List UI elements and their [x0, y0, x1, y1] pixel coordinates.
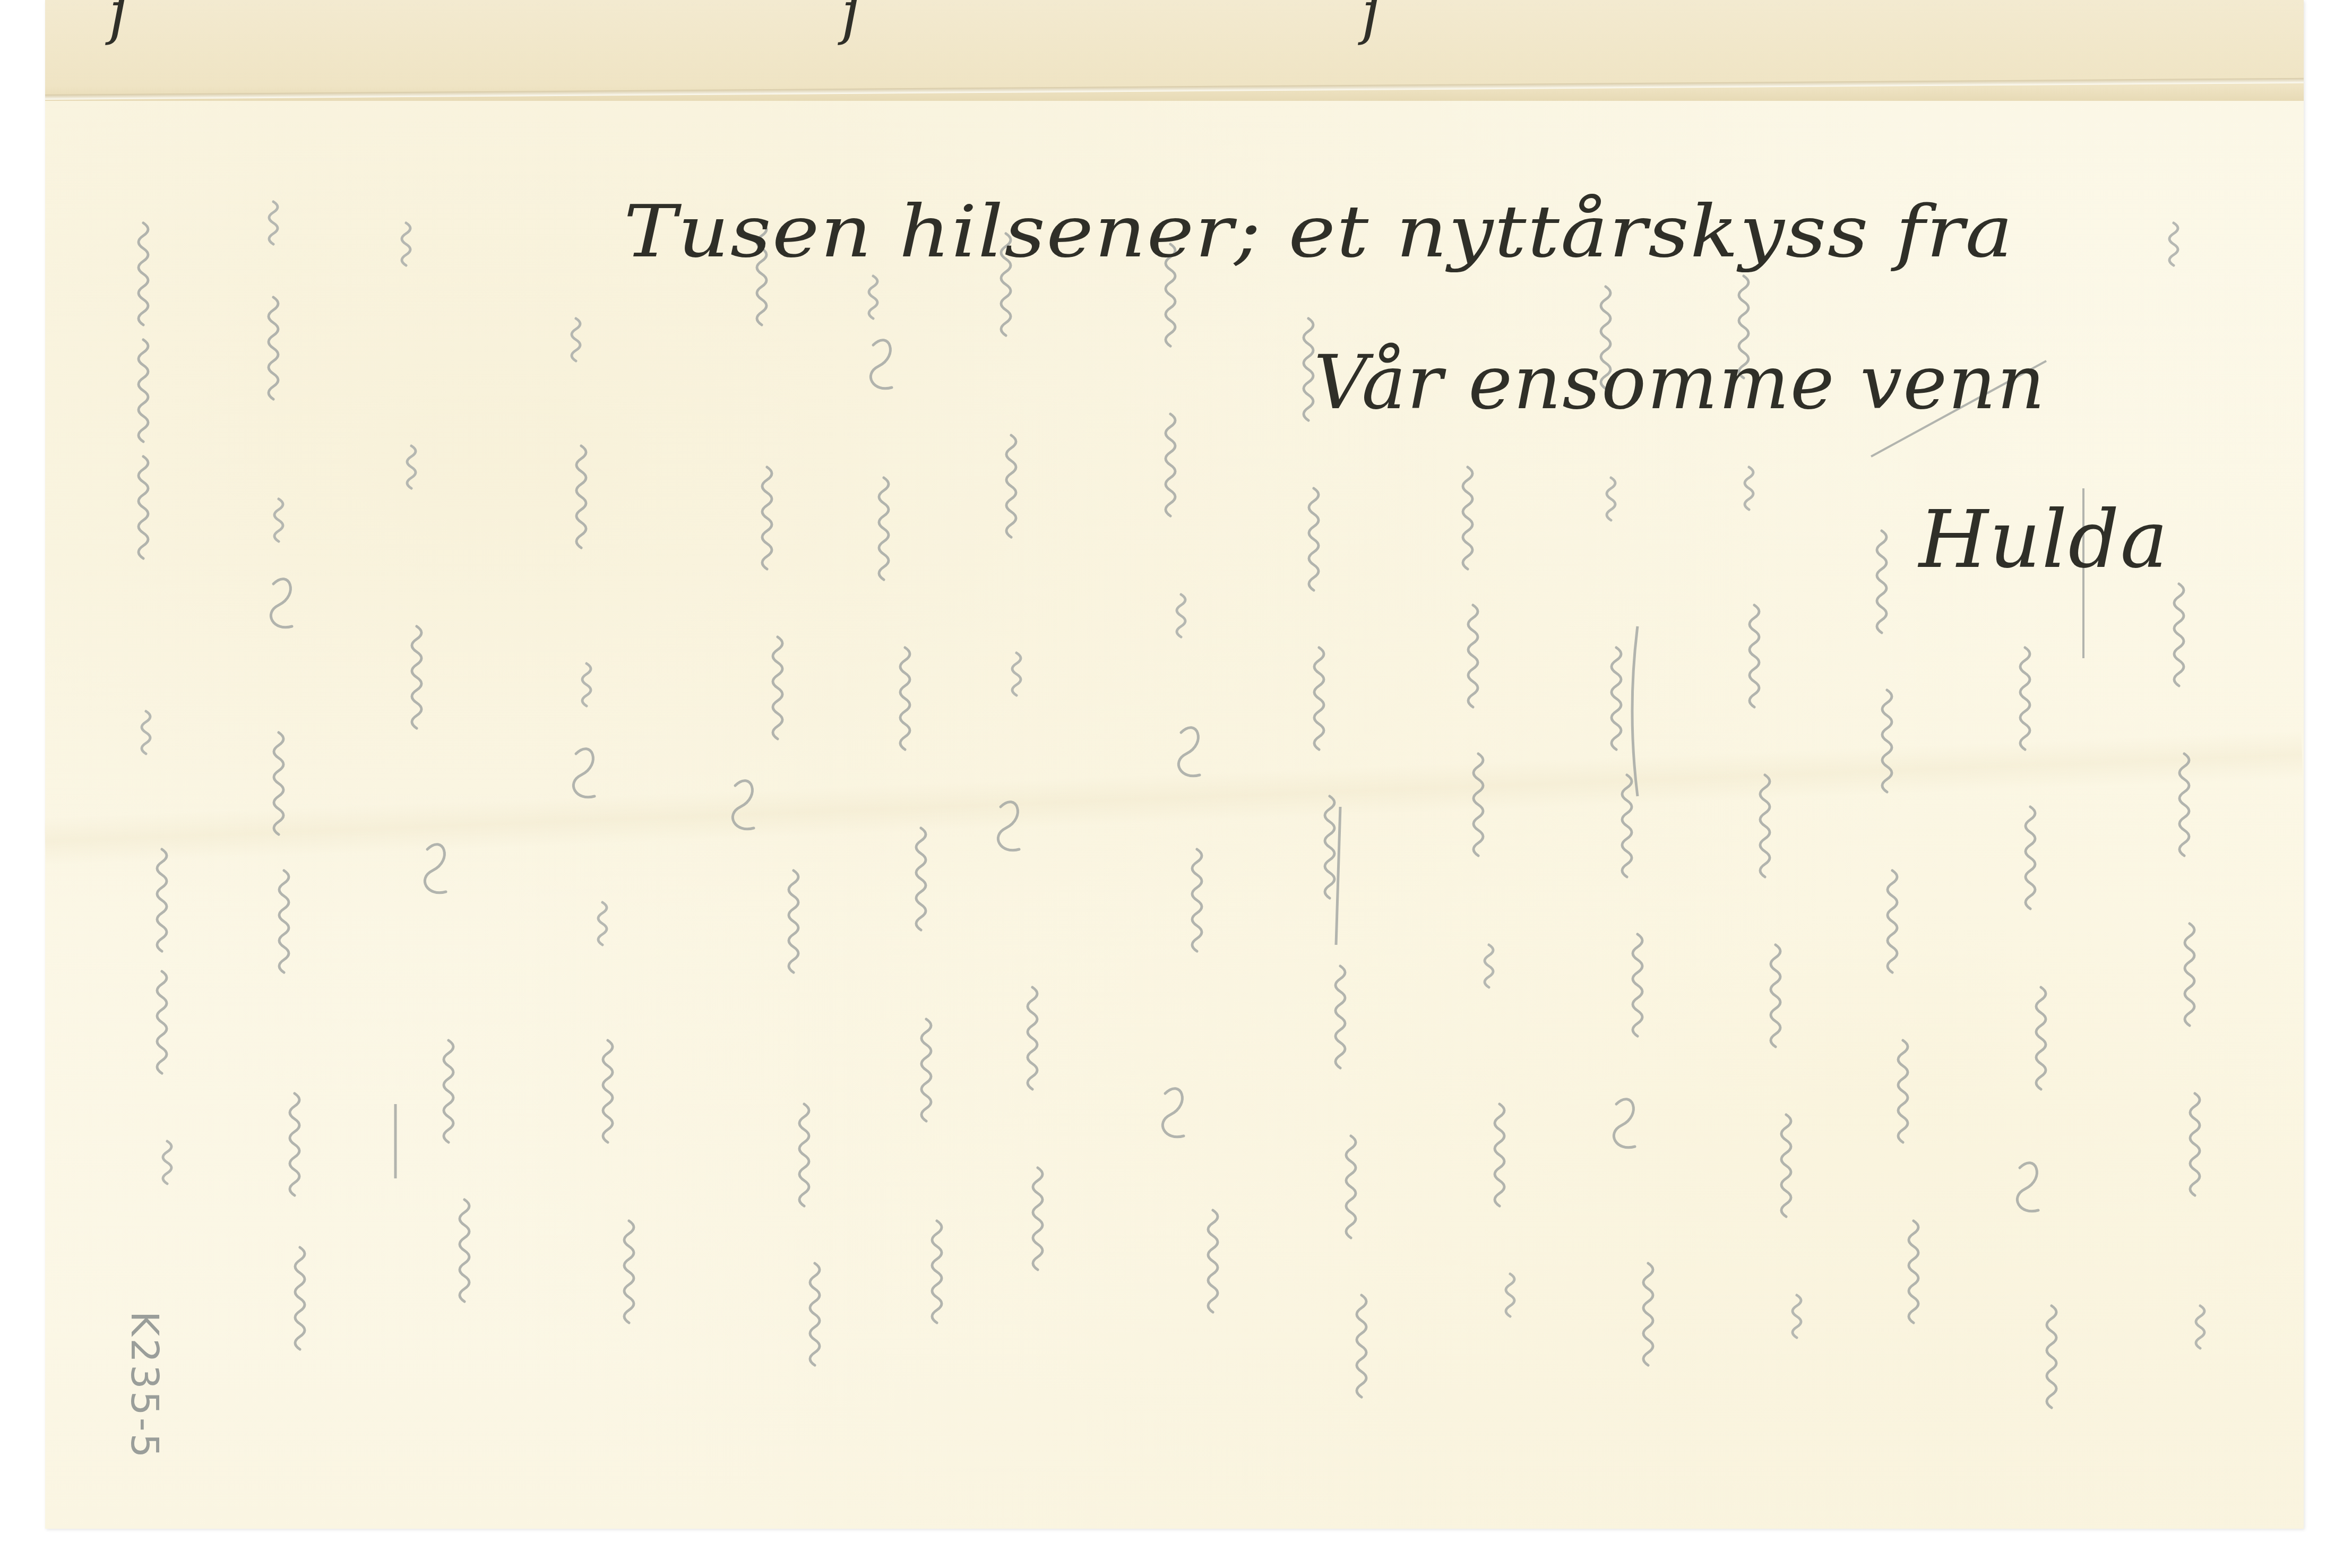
letter-line-1: Tusen hilsener; et nyttårskyss fra — [624, 191, 2014, 274]
paper-wrinkle — [44, 731, 2303, 865]
ink-fragment: ſ — [109, 0, 131, 47]
signature: Hulda — [1919, 494, 2169, 586]
letter-paper: ſ ſ ſ — [45, 0, 2304, 1529]
letter-line-2: Vår ensomme venn — [1314, 340, 2046, 426]
ink-fragment: ſ — [1362, 0, 1383, 47]
archive-reference-number: K235-5 — [123, 1311, 167, 1460]
ink-fragment: ſ — [841, 0, 863, 47]
